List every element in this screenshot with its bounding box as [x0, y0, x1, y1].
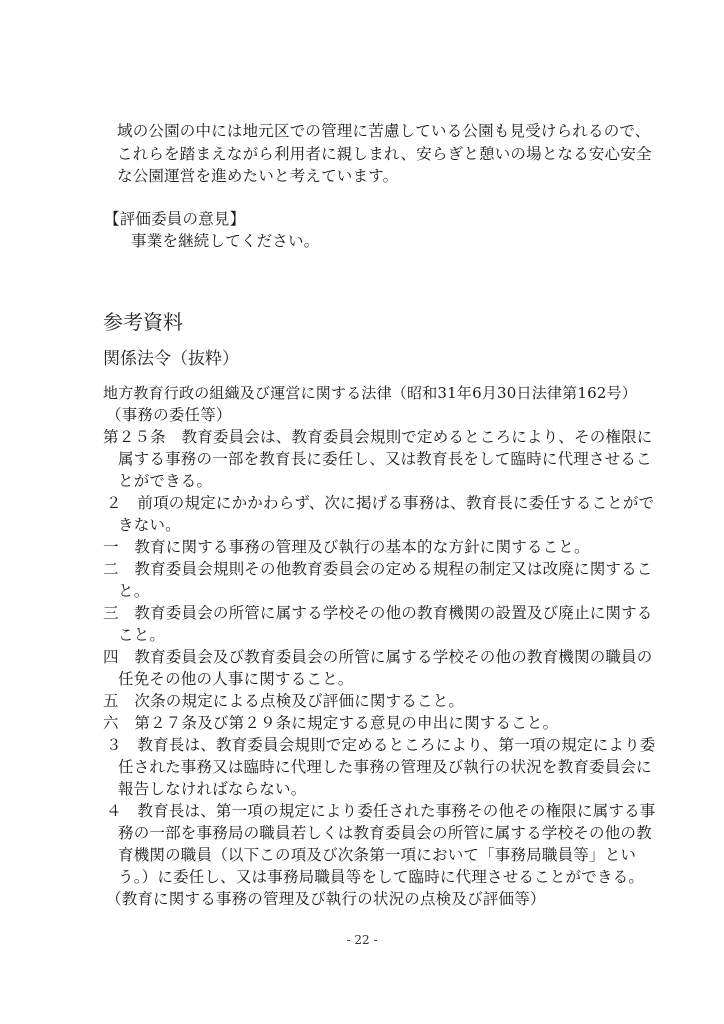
reference-subtitle: 関係法令（抜粋） [103, 347, 239, 371]
document-page: 域の公園の中には地元区での管理に苦慮している公園も見受けられるので、 これらを踏… [0, 0, 724, 1024]
law-line-next-section-heading: （教育に関する事務の管理及び執行の状況の点検及び評価等） [106, 889, 546, 910]
intro-line-1: 域の公園の中には地元区での管理に苦慮している公園も見受けられるので、 [117, 121, 651, 142]
law-title: 地方教育行政の組織及び運営に関する法律（昭和31年6月30日法律第162号） [103, 383, 637, 404]
law-line: とができる。 [118, 471, 212, 492]
law-line: と。 [118, 581, 149, 602]
law-line: 報告しなければならない。 [118, 779, 306, 800]
intro-line-2: これらを踏まえながら利用者に親しまれ、安らぎと憩いの場となる安心安全 [117, 144, 652, 165]
law-line: う。）に委任し、又は事務局職員等をして臨時に代理させることができる。 [118, 867, 644, 888]
law-line: きない。 [118, 515, 181, 536]
law-line-paragraph-2: ２ 前項の規定にかかわらず、次に掲げる事務は、教育長に委任することがで [106, 493, 654, 514]
law-line-item-6: 六 第２７条及び第２９条に規定する意見の申出に関すること。 [103, 713, 558, 734]
law-line-item-5: 五 次条の規定による点検及び評価に関すること。 [103, 691, 464, 712]
law-line: 任された事務又は臨時に代理した事務の管理及び執行の状況を教育委員会に [118, 757, 652, 778]
law-line: 育機関の職員（以下この項及び次条第一項において「事務局職員等」とい [118, 845, 636, 866]
law-line: こと。 [118, 625, 165, 646]
page-number: - 22 - [0, 932, 724, 948]
law-line-article-25: 第２５条 教育委員会は、教育委員会規則で定めるところにより、その権限に [103, 427, 653, 448]
reference-title: 参考資料 [103, 309, 183, 335]
law-line-paragraph-3: ３ 教育長は、教育委員会規則で定めるところにより、第一項の規定により委 [106, 735, 656, 756]
law-line-item-1: 一 教育に関する事務の管理及び執行の基本的な方針に関すること。 [103, 537, 590, 558]
law-line-item-4: 四 教育委員会及び教育委員会の所管に属する学校その他の教育機関の職員の [103, 647, 653, 668]
law-line-section-heading: （事務の委任等） [106, 405, 232, 426]
evaluation-label: 【評価委員の意見】 [104, 209, 245, 230]
evaluation-text: 事業を継続してください。 [131, 231, 319, 252]
intro-line-3: な公園運営を進めたいと考えています。 [117, 166, 398, 187]
law-line-paragraph-4: ４ 教育長は、第一項の規定により委任された事務その他その権限に属する事 [106, 801, 656, 822]
law-line: 属する事務の一部を教育長に委任し、又は教育長をして臨時に代理させるこ [118, 449, 652, 470]
law-line-item-3: 三 教育委員会の所管に属する学校その他の教育機関の設置及び廃止に関する [103, 603, 653, 624]
law-line: 務の一部を事務局の職員若しくは教育委員会の所管に属する学校その他の教 [118, 823, 652, 844]
law-line: 任免その他の人事に関すること。 [118, 669, 354, 690]
law-line-item-2: 二 教育委員会規則その他教育委員会の定める規程の制定又は改廃に関するこ [103, 559, 653, 580]
